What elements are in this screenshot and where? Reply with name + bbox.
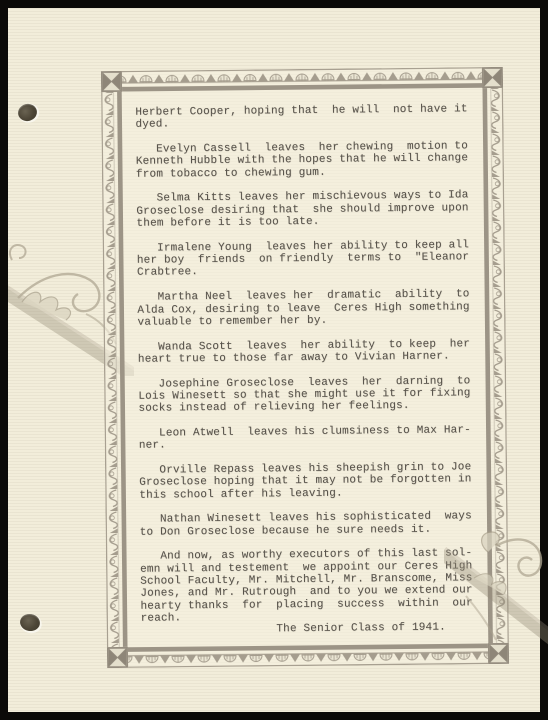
text-line: from tobacco to chewing gum. (136, 165, 476, 181)
paragraph: Wanda Scott leaves her ability to keep h… (138, 338, 478, 366)
paragraph: Martha Neel leaves her dramatic ability … (137, 288, 477, 329)
scanned-paper-page: Herbert Cooper, hoping that he will not … (8, 8, 540, 712)
paragraph: Irmalene Young leaves her ability to kee… (137, 239, 477, 280)
text-line: heart true to those far away to Vivian H… (138, 350, 478, 366)
paragraph: And now, as worthy executors of this las… (140, 548, 481, 638)
hole-punch-top (16, 102, 39, 123)
text-line: The Senior Class of 1941. (141, 622, 481, 638)
text-line: socks instead of relieving her feelings. (138, 399, 478, 415)
text-line: to Don Groseclose because he sure needs … (140, 523, 480, 539)
paragraph: Leon Atwell leaves his clumsiness to Max… (139, 424, 479, 452)
decorative-page-frame: Herbert Cooper, hoping that he will not … (101, 67, 509, 668)
text-line: Crabtree. (137, 264, 477, 280)
paragraph: Selma Kitts leaves her mischievous ways … (136, 190, 476, 231)
text-line: this school after his leaving. (139, 486, 479, 502)
paragraph: Evelyn Cassell leaves her chewing motion… (136, 140, 476, 181)
paragraph: Josephine Groseclose leaves her darning … (138, 375, 478, 416)
paragraph: Herbert Cooper, hoping that he will not … (135, 103, 475, 131)
document-text: Herbert Cooper, hoping that he will not … (135, 103, 481, 650)
text-line: valuable to remember her by. (137, 313, 477, 329)
paragraph: Orville Repass leaves his sheepish grin … (139, 461, 479, 502)
text-line: them before it is too late. (136, 214, 476, 230)
paragraph: Nathan Winesett leaves his sophisticated… (140, 511, 480, 539)
hole-punch-bottom (19, 612, 42, 632)
